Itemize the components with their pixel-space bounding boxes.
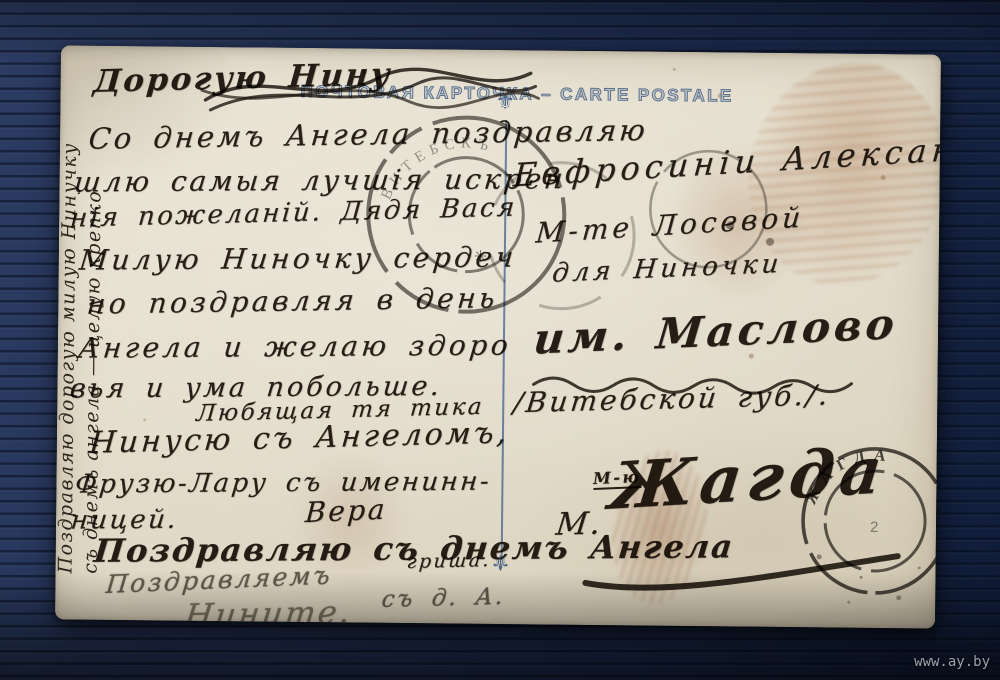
- message-line: но поздравляя в день: [86, 281, 500, 321]
- message-signature: гриша.: [406, 549, 492, 573]
- message-line: Нинусю съ Ангеломъ,: [88, 415, 510, 460]
- postcard: ПОЧТОВАЯ КАРТОЧКА – CARTE POSTALE ⚜ ⚜ По…: [55, 45, 941, 628]
- address-line: M-me Лосевой: [535, 200, 806, 249]
- address-line-estate: им. Маслово: [531, 299, 900, 364]
- address-line-station: Жагда: [606, 433, 892, 525]
- address-line: для Ниночки: [551, 249, 784, 289]
- message-line: Фрузю-Лару съ именинн-: [74, 467, 493, 500]
- message-line-crossed: Дорогую Нину: [92, 56, 393, 99]
- address-line-province: /Витебской губ./.: [512, 378, 833, 419]
- address-line: М.: [554, 506, 605, 543]
- watermark: www.ay.by: [914, 654, 990, 670]
- divider-ornament-top-icon: ⚜: [495, 92, 515, 114]
- ink-speck: [766, 238, 774, 246]
- message-line: Ангела и желаю здоро: [77, 329, 513, 365]
- stamp-date-text: 2: [870, 519, 879, 536]
- message-signature: Вера: [304, 493, 388, 530]
- message-line: нія пожеланій. Дядя Вася: [69, 193, 518, 234]
- message-line: Со днемъ Ангела поздравляю: [87, 113, 649, 156]
- message-line: Милую Ниночку сердеч: [78, 241, 519, 277]
- photo-scene: ПОЧТОВАЯ КАРТОЧКА – CARTE POSTALE ⚜ ⚜ По…: [0, 0, 1000, 680]
- pencil-note: съ д. А.: [380, 584, 506, 613]
